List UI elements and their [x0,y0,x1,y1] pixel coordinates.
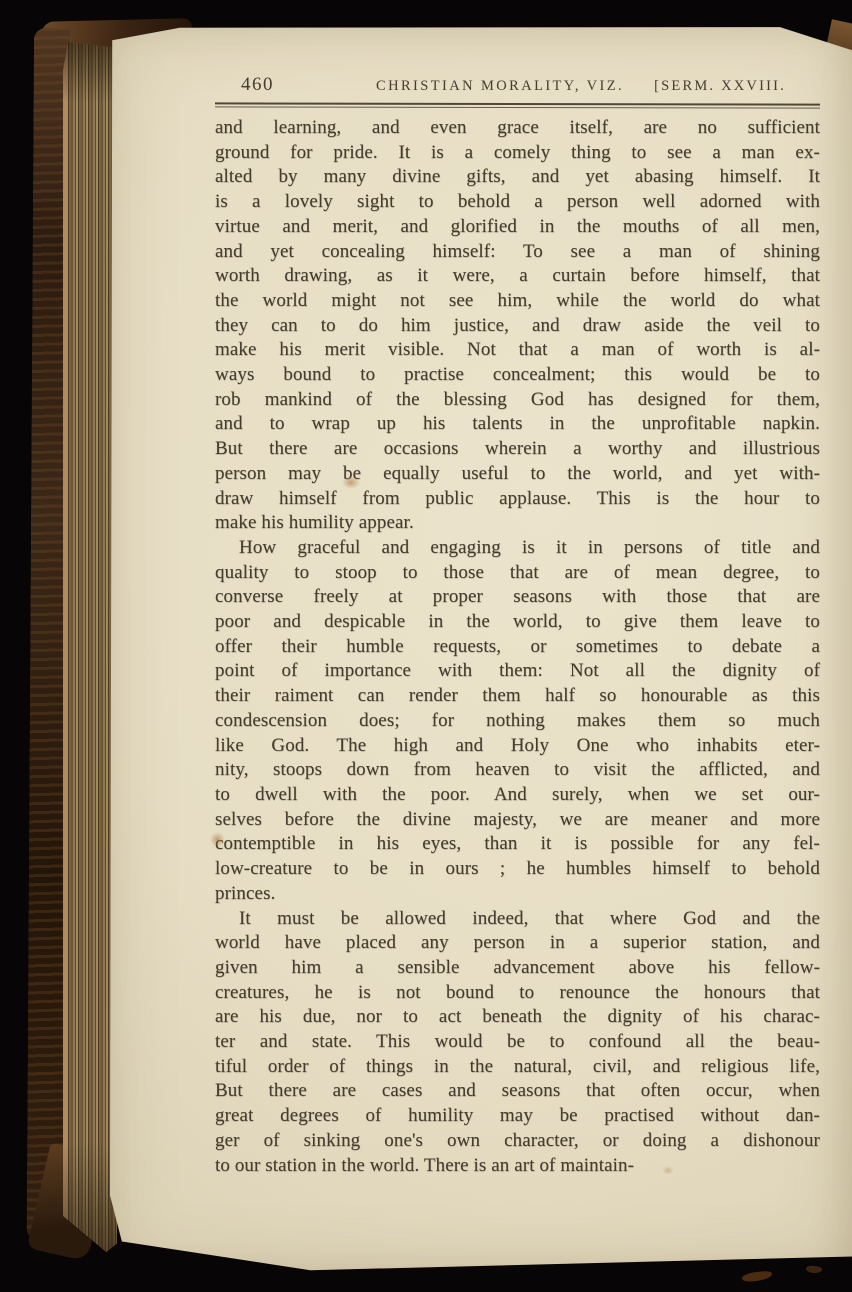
book-page: 460 CHRISTIAN MORALITY, VIZ. [SERM. XXVI… [110,24,852,1274]
text-line: is a lovely sight to behold a person wel… [215,190,820,215]
page-number: 460 [241,74,274,96]
text-line: point of importance with them: Not all t… [215,659,820,684]
text-line: alted by many divine gifts, and yet abas… [215,165,820,190]
text-line: and to wrap up his talents in the unprof… [215,412,820,437]
text-line: to our station in the world. There is an… [215,1154,820,1179]
text-line: their raiment can render them half so ho… [215,684,820,709]
text-line: and yet concealing himself: To see a man… [215,240,820,265]
text-line: creatures, he is not bound to renounce t… [215,981,820,1006]
sermon-reference: [SERM. XXVIII. [654,78,786,95]
text-line: ground for pride. It is a comely thing t… [215,141,820,166]
text-line: and learning, and even grace itself, are… [215,116,820,141]
text-line: make his humility appear. [215,511,820,536]
text-line: tiful order of things in the natural, ci… [215,1055,820,1080]
text-line: ways bound to practise concealment; this… [215,363,820,388]
text-line: It must be allowed indeed, that where Go… [215,907,820,932]
text-line: the world might not see him, while the w… [215,289,820,314]
running-header: 460 CHRISTIAN MORALITY, VIZ. [SERM. XXVI… [215,74,820,96]
header-double-rule [215,102,820,108]
text-line: they can to do him justice, and draw asi… [215,314,820,339]
text-line: But there are occasions wherein a worthy… [215,437,820,462]
text-line: ter and state. This would be to confound… [215,1030,820,1055]
text-line: condescension does; for nothing makes th… [215,709,820,734]
text-line: great degrees of humility may be practis… [215,1104,820,1129]
running-title: CHRISTIAN MORALITY, VIZ. [376,78,624,95]
text-line: world have placed any person in a superi… [215,931,820,956]
text-line: offer their humble requests, or sometime… [215,635,820,660]
text-line: poor and despicable in the world, to giv… [215,610,820,635]
text-line: person may be equally useful to the worl… [215,462,820,487]
text-line: like God. The high and Holy One who inha… [215,734,820,759]
paragraph: It must be allowed indeed, that where Go… [215,907,820,1179]
text-line: converse freely at proper seasons with t… [215,585,820,610]
text-line: ger of sinking one's own character, or d… [215,1129,820,1154]
text-line: nity, stoops down from heaven to visit t… [215,758,820,783]
paragraph: and learning, and even grace itself, are… [215,116,820,536]
text-line: But there are cases and seasons that oft… [215,1079,820,1104]
book-photograph: 460 CHRISTIAN MORALITY, VIZ. [SERM. XXVI… [0,0,852,1292]
leather-debris [806,1265,823,1274]
text-line: worth drawing, as it were, a curtain bef… [215,264,820,289]
text-line: contemptible in his eyes, than it is pos… [215,832,820,857]
text-line: draw himself from public applause. This … [215,487,820,512]
page-content: 460 CHRISTIAN MORALITY, VIZ. [SERM. XXVI… [110,24,852,1274]
body-text: and learning, and even grace itself, are… [215,116,820,1178]
text-line: given him a sensible advancement above h… [215,956,820,981]
text-line: How graceful and engaging is it in perso… [215,536,820,561]
text-line: to dwell with the poor. And surely, when… [215,783,820,808]
text-line: quality to stoop to those that are of me… [215,561,820,586]
text-line: are his due, nor to act beneath the dign… [215,1005,820,1030]
text-line: virtue and merit, and glorified in the m… [215,215,820,240]
stacked-page-edges [63,42,117,1252]
text-line: low-creature to be in ours ; he humbles … [215,857,820,882]
text-line: rob mankind of the blessing God has desi… [215,388,820,413]
leather-debris [742,1270,773,1282]
text-line: princes. [215,882,820,907]
text-line: selves before the divine majesty, we are… [215,808,820,833]
text-line: make his merit visible. Not that a man o… [215,338,820,363]
paragraph: How graceful and engaging is it in perso… [215,536,820,907]
